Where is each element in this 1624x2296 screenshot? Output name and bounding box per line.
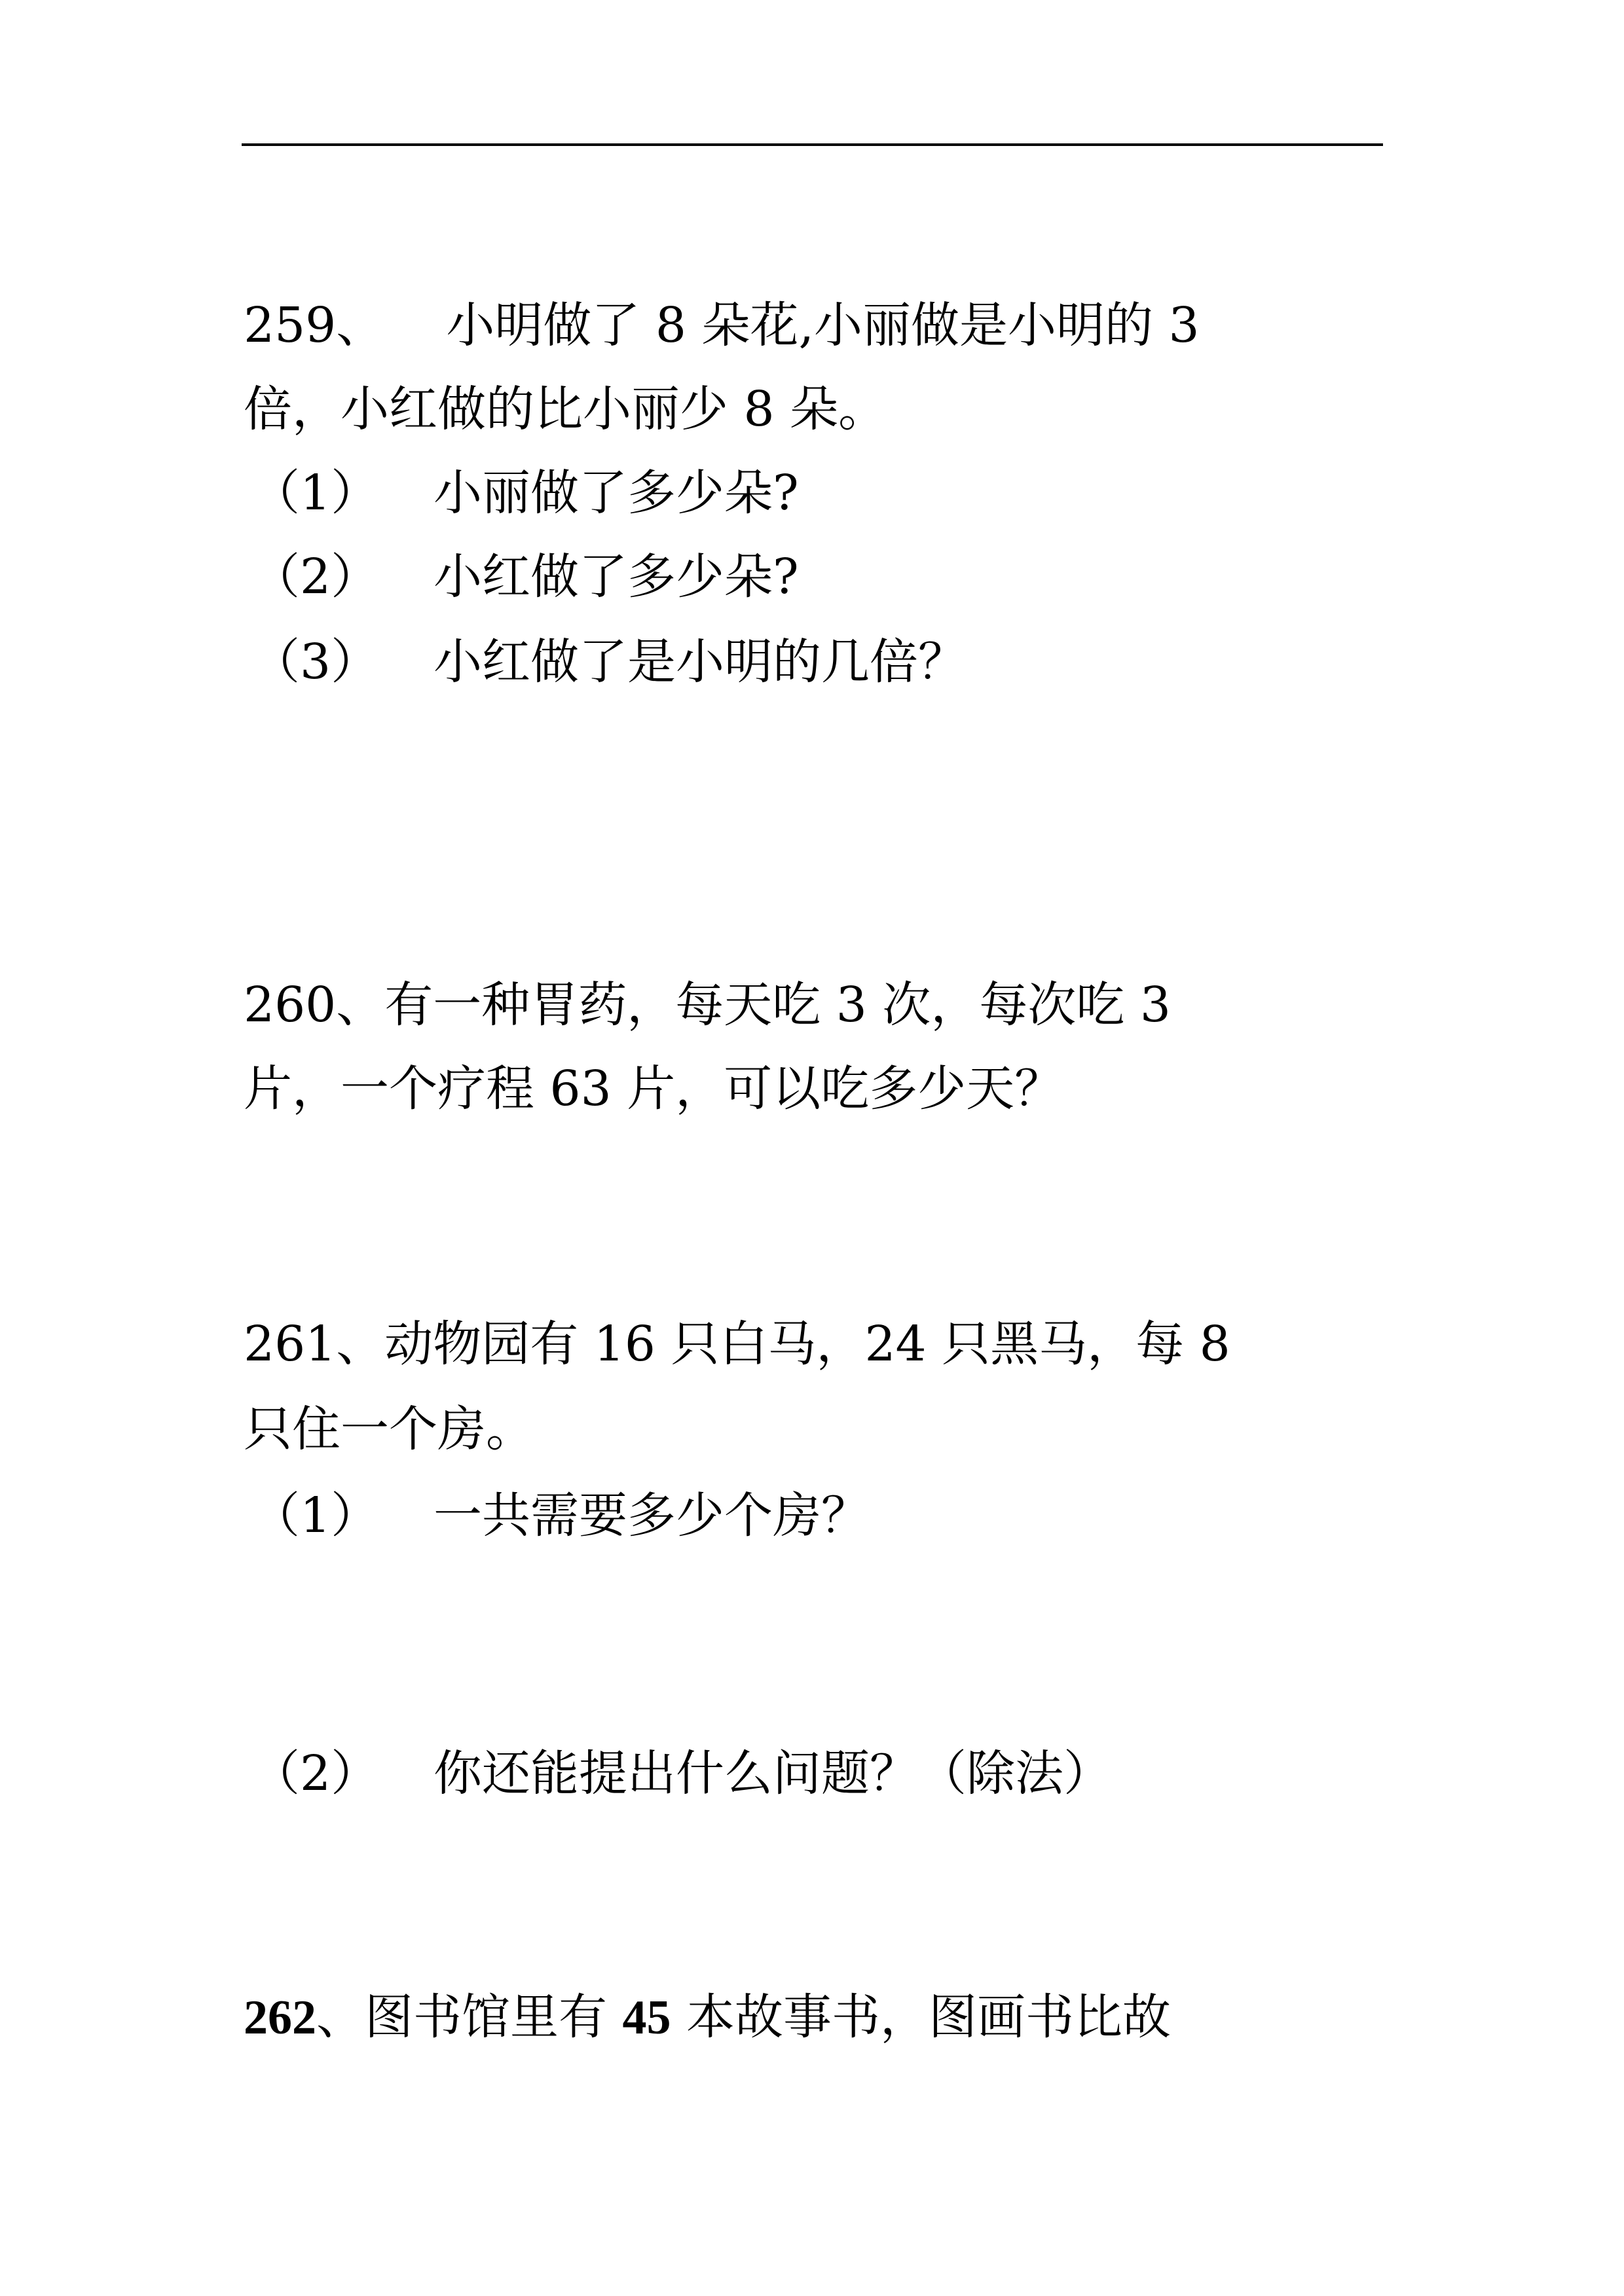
question-number: 262 [244, 1991, 316, 2045]
q259-line-2: 倍，小红做的比小丽少 8 朵。 [244, 380, 887, 439]
q261-line-1: 261、动物园有 16 只白马，24 只黑马，每 8 [244, 1315, 1230, 1374]
q260-line-1: 260、有一种胃药，每天吃 3 次，每次吃 3 [244, 975, 1171, 1034]
number-suffix: 、 [316, 1989, 365, 2045]
sub-text: 一共需要多少个房？ [434, 1487, 870, 1544]
sub-text: 小红做了多少朵? [434, 549, 799, 605]
sub-text: 你还能提出什么问题？（除法） [434, 1745, 1112, 1802]
q259-line-1: 259、 小明做了 8 朵花,小丽做是小明的 3 [244, 296, 1200, 355]
q260-line-2: 片，一个疗程 63 片，可以吃多少天？ [244, 1059, 1063, 1118]
q259-sub-3: （3）小红做了是小明的几倍？ [251, 632, 967, 691]
header-rule [242, 143, 1383, 146]
sub-label: （1） [251, 1486, 434, 1545]
sub-label: （3） [251, 632, 434, 691]
text-segment: 本故事书，图画书比故 [671, 1989, 1172, 2045]
q261-sub-1: （1）一共需要多少个房？ [251, 1486, 870, 1545]
q259-sub-2: （2）小红做了多少朵? [251, 547, 799, 606]
text-segment: 图书馆里有 [365, 1989, 623, 2045]
bold-value: 45 [623, 1991, 671, 2045]
q261-sub-2: （2）你还能提出什么问题？（除法） [251, 1744, 1112, 1803]
sub-label: （2） [251, 1744, 434, 1803]
q259-sub-1: （1）小丽做了多少朵? [251, 464, 799, 522]
q262-line-1: 262、图书馆里有 45 本故事书，图画书比故 [244, 1988, 1171, 2047]
sub-label: （2） [251, 547, 434, 606]
sub-label: （1） [251, 464, 434, 522]
q261-line-2: 只住一个房。 [244, 1400, 534, 1459]
sub-text: 小丽做了多少朵? [434, 465, 799, 521]
sub-text: 小红做了是小明的几倍？ [434, 634, 967, 690]
